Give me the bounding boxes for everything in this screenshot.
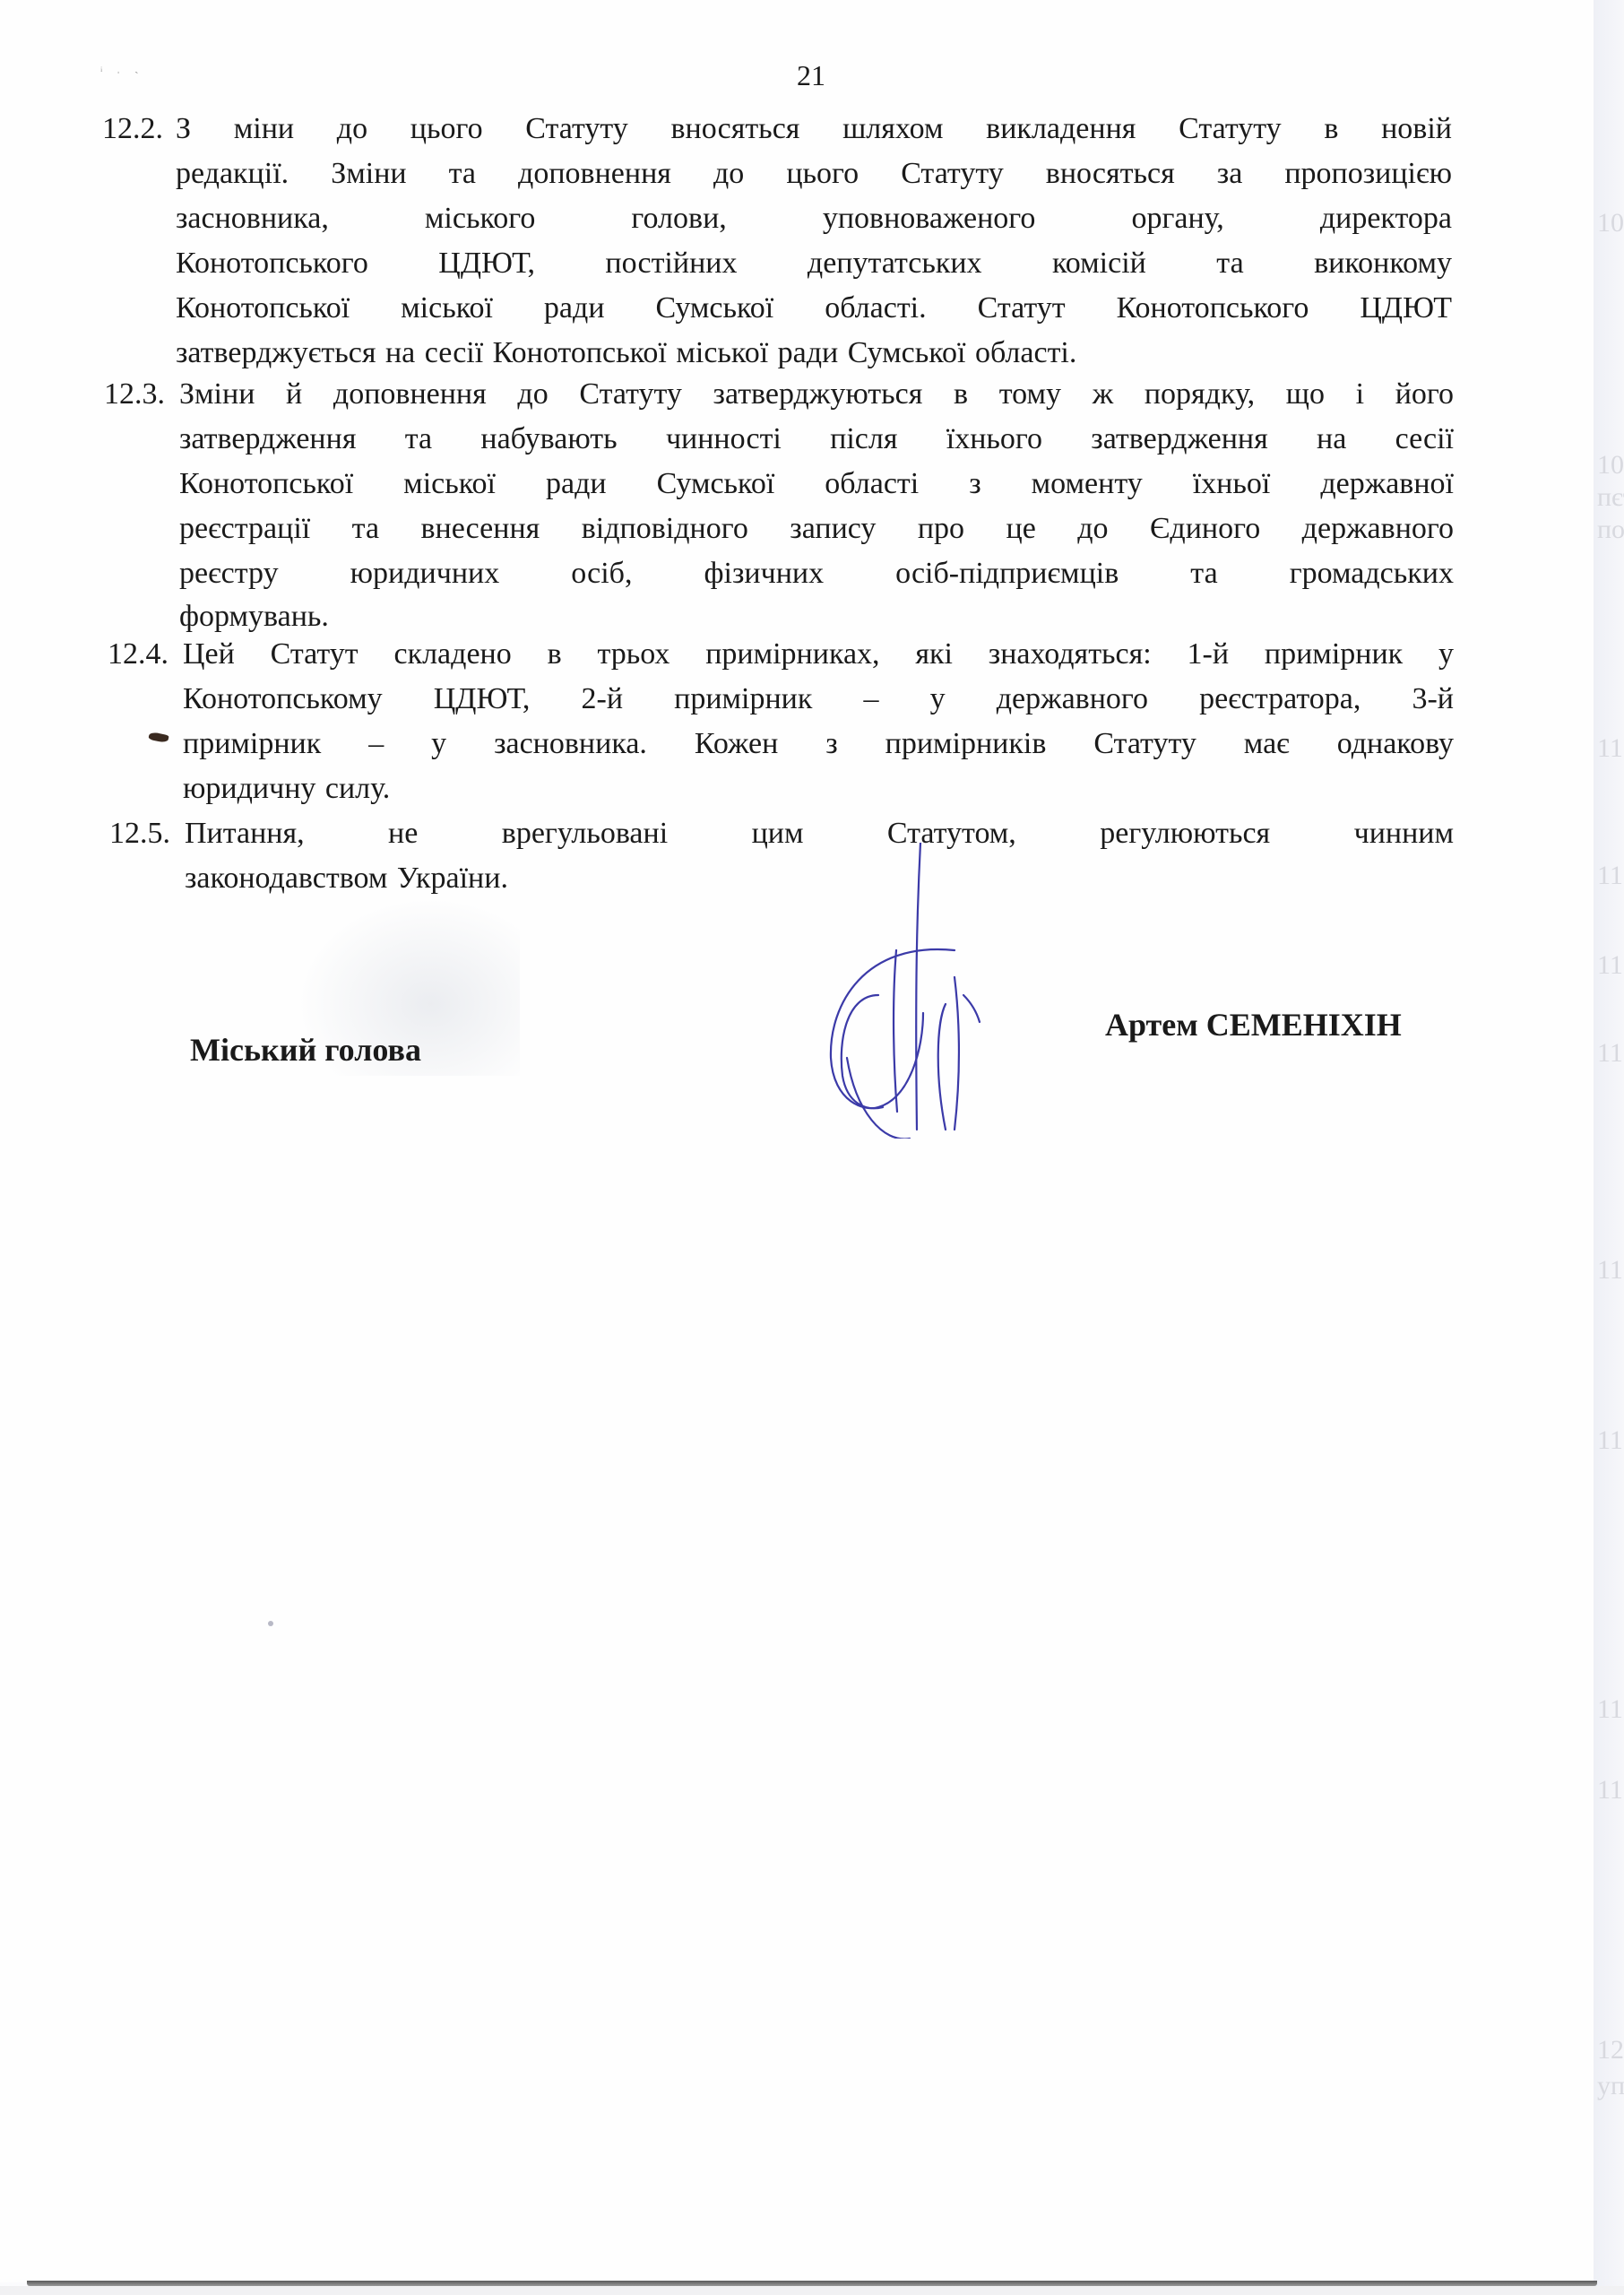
stray-dot	[268, 1621, 273, 1626]
bleed-text: пєт	[1597, 482, 1624, 513]
bleed-text: 11.1	[1597, 1694, 1624, 1725]
clause-line: Конотопського ЦДЮТ, постійних депутатськ…	[176, 246, 1452, 281]
bleed-text: 10.2	[1597, 450, 1624, 481]
clause-line: Конотопської міської ради Сумської облас…	[179, 466, 1454, 502]
signatory-name: Артем СЕМЕНІХІН	[1105, 1006, 1402, 1044]
bleed-text: 11.3	[1597, 950, 1624, 981]
clause-line: засновника, міського голови, уповноважен…	[176, 201, 1452, 237]
bleed-text: 11.1	[1597, 1255, 1624, 1286]
bleed-text: пок	[1597, 515, 1624, 545]
underlying-page-bottom	[0, 2286, 1624, 2295]
stray-ink-mark	[148, 732, 168, 743]
bleed-text: 11.1	[1597, 733, 1624, 764]
bleed-text: 10.1	[1597, 208, 1624, 238]
bleed-text: упо	[1597, 2071, 1624, 2101]
bleed-text: 11.1	[1597, 1775, 1624, 1806]
bleed-text: 11.4	[1597, 1038, 1624, 1069]
page-edge-shadow	[27, 2281, 1597, 2286]
clause-line: Конотопської міської ради Сумської облас…	[176, 290, 1452, 326]
clause-line: юридичну силу.	[183, 771, 390, 807]
clause-line: З міни до цього Статуту вносяться шляхом…	[176, 111, 1452, 147]
bleed-text: 12.	[1597, 2035, 1624, 2065]
handwritten-signature	[811, 843, 1044, 1139]
clause-line: затвердження та набувають чинності після…	[179, 421, 1454, 457]
clause-line: примірник – у засновника. Кожен з примір…	[183, 726, 1454, 762]
clause-line: Зміни й доповнення до Статуту затверджую…	[179, 377, 1454, 412]
clause-number: 12.5.	[109, 816, 170, 852]
clause-line: Цей Статут складено в трьох примірниках,…	[183, 637, 1454, 672]
underlying-page-strip: 10.1 10.2 пєт пок 11.1 11.2 11.3 11.4 11…	[1594, 0, 1624, 2295]
clause-number: 12.4.	[108, 637, 168, 672]
clause-line: затверджується на сесії Конотопської міс…	[176, 335, 1076, 371]
clause-line: законодавством України.	[185, 861, 508, 896]
clause-number: 12.2.	[102, 111, 163, 147]
scan-specks: ᵢ ˌ ˏ	[100, 61, 144, 75]
bleed-text: 11.2	[1597, 861, 1624, 891]
document-page: ᵢ ˌ ˏ 21 12.2. З міни до цього Статуту в…	[0, 0, 1594, 2282]
clause-line: реєстру юридичних осіб, фізичних осіб-пі…	[179, 556, 1454, 592]
clause-line: формувань.	[179, 599, 329, 635]
clause-line: Конотопському ЦДЮТ, 2-й примірник – у де…	[183, 681, 1454, 717]
clause-number: 12.3.	[104, 377, 165, 412]
signatory-role: Міський голова	[190, 1031, 421, 1069]
page-number: 21	[789, 59, 834, 92]
bleed-text: 11.1	[1597, 1425, 1624, 1456]
clause-line: редакції. Зміни та доповнення до цього С…	[176, 156, 1452, 192]
clause-line: реєстрації та внесення відповідного запи…	[179, 511, 1454, 547]
